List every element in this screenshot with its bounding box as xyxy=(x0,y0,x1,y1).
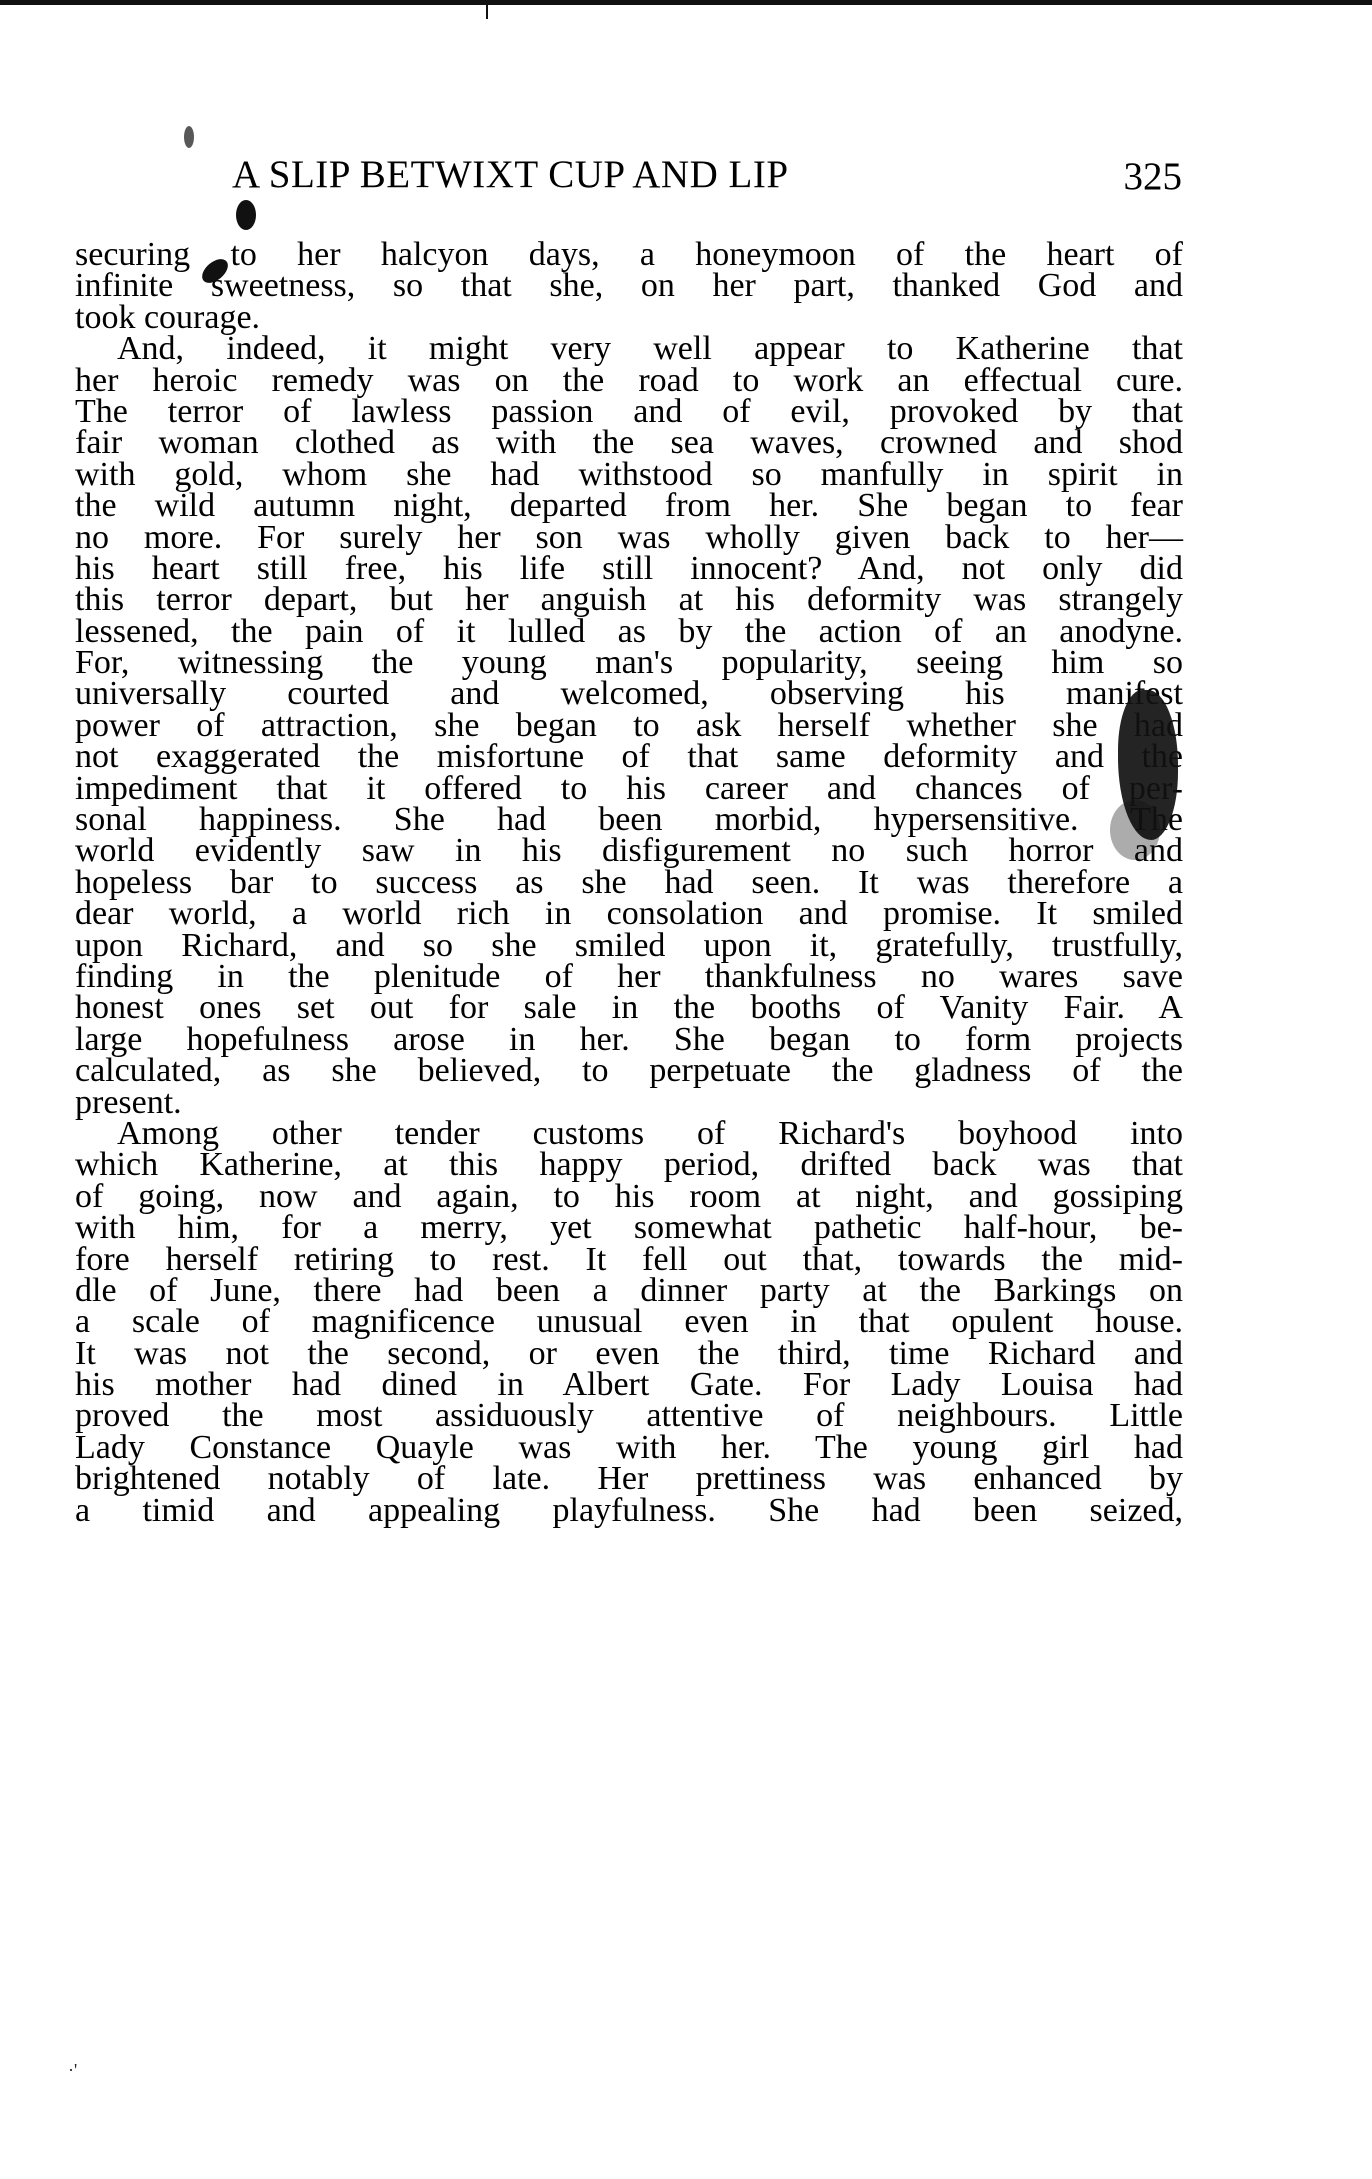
text-line: this terror depart, but her anguish at h… xyxy=(75,584,1183,615)
text-line: present. xyxy=(75,1087,1183,1118)
text-line: calculated, as she believed, to perpetua… xyxy=(75,1055,1183,1086)
text-line: dle of June, there had been a dinner par… xyxy=(75,1275,1183,1306)
text-line: his heart still free, his life still inn… xyxy=(75,553,1183,584)
text-line: of going, now and again, to his room at … xyxy=(75,1181,1183,1212)
text-line: The terror of lawless passion and of evi… xyxy=(75,396,1183,427)
page-top-edge xyxy=(0,0,1372,5)
body-text: securing to her halcyon days, a honeymoo… xyxy=(75,239,1183,1526)
text-line: not exaggerated the misfortune of that s… xyxy=(75,741,1183,772)
running-title: A SLIP BETWIXT CUP AND LIP xyxy=(232,152,789,197)
text-line: brightened notably of late. Her prettine… xyxy=(75,1463,1183,1494)
text-line: finding in the plenitude of her thankful… xyxy=(75,961,1183,992)
ink-blot xyxy=(236,200,256,230)
text-line: infinite sweetness, so that she, on her … xyxy=(75,270,1183,301)
text-line: no more. For surely her son was wholly g… xyxy=(75,522,1183,553)
signature-mark: ·' xyxy=(68,2060,77,2081)
text-line: his mother had dined in Albert Gate. For… xyxy=(75,1369,1183,1400)
text-line: impediment that it offered to his career… xyxy=(75,773,1183,804)
text-line: her heroic remedy was on the road to wor… xyxy=(75,365,1183,396)
text-line: For, witnessing the young man's populari… xyxy=(75,647,1183,678)
text-line: proved the most assiduously attentive of… xyxy=(75,1400,1183,1431)
scan-artifact-tick xyxy=(486,5,488,19)
text-line: fair woman clothed as with the sea waves… xyxy=(75,427,1183,458)
text-line: power of attraction, she began to ask he… xyxy=(75,710,1183,741)
paragraph: Among other tender customs of Richard's … xyxy=(75,1118,1183,1526)
text-line: hopeless bar to success as she had seen.… xyxy=(75,867,1183,898)
text-line: large hopefulness arose in her. She bega… xyxy=(75,1024,1183,1055)
text-line: dear world, a world rich in consolation … xyxy=(75,898,1183,929)
text-line: It was not the second, or even the third… xyxy=(75,1338,1183,1369)
text-line: a scale of magnificence unusual even in … xyxy=(75,1306,1183,1337)
text-line: with gold, whom she had withstood so man… xyxy=(75,459,1183,490)
text-line: universally courted and welcomed, observ… xyxy=(75,678,1183,709)
text-line: took courage. xyxy=(75,302,1183,333)
text-line: world evidently saw in his disfigurement… xyxy=(75,835,1183,866)
paragraph: securing to her halcyon days, a honeymoo… xyxy=(75,239,1183,333)
text-line: a timid and appealing playfulness. She h… xyxy=(75,1495,1183,1526)
text-line: lessened, the pain of it lulled as by th… xyxy=(75,616,1183,647)
ink-blot xyxy=(1110,800,1160,860)
ink-blot xyxy=(184,126,194,148)
text-line: upon Richard, and so she smiled upon it,… xyxy=(75,930,1183,961)
text-line: which Katherine, at this happy period, d… xyxy=(75,1149,1183,1180)
page-number: 325 xyxy=(1124,154,1183,199)
text-line: Among other tender customs of Richard's … xyxy=(75,1118,1183,1149)
paragraph: And, indeed, it might very well appear t… xyxy=(75,333,1183,1118)
text-line: fore herself retiring to rest. It fell o… xyxy=(75,1244,1183,1275)
text-line: with him, for a merry, yet somewhat path… xyxy=(75,1212,1183,1243)
text-line: And, indeed, it might very well appear t… xyxy=(75,333,1183,364)
text-line: honest ones set out for sale in the boot… xyxy=(75,992,1183,1023)
text-line: the wild autumn night, departed from her… xyxy=(75,490,1183,521)
text-line: securing to her halcyon days, a honeymoo… xyxy=(75,239,1183,270)
text-line: sonal happiness. She had been morbid, hy… xyxy=(75,804,1183,835)
running-head: A SLIP BETWIXT CUP AND LIP 325 xyxy=(232,152,1182,202)
text-line: Lady Constance Quayle was with her. The … xyxy=(75,1432,1183,1463)
